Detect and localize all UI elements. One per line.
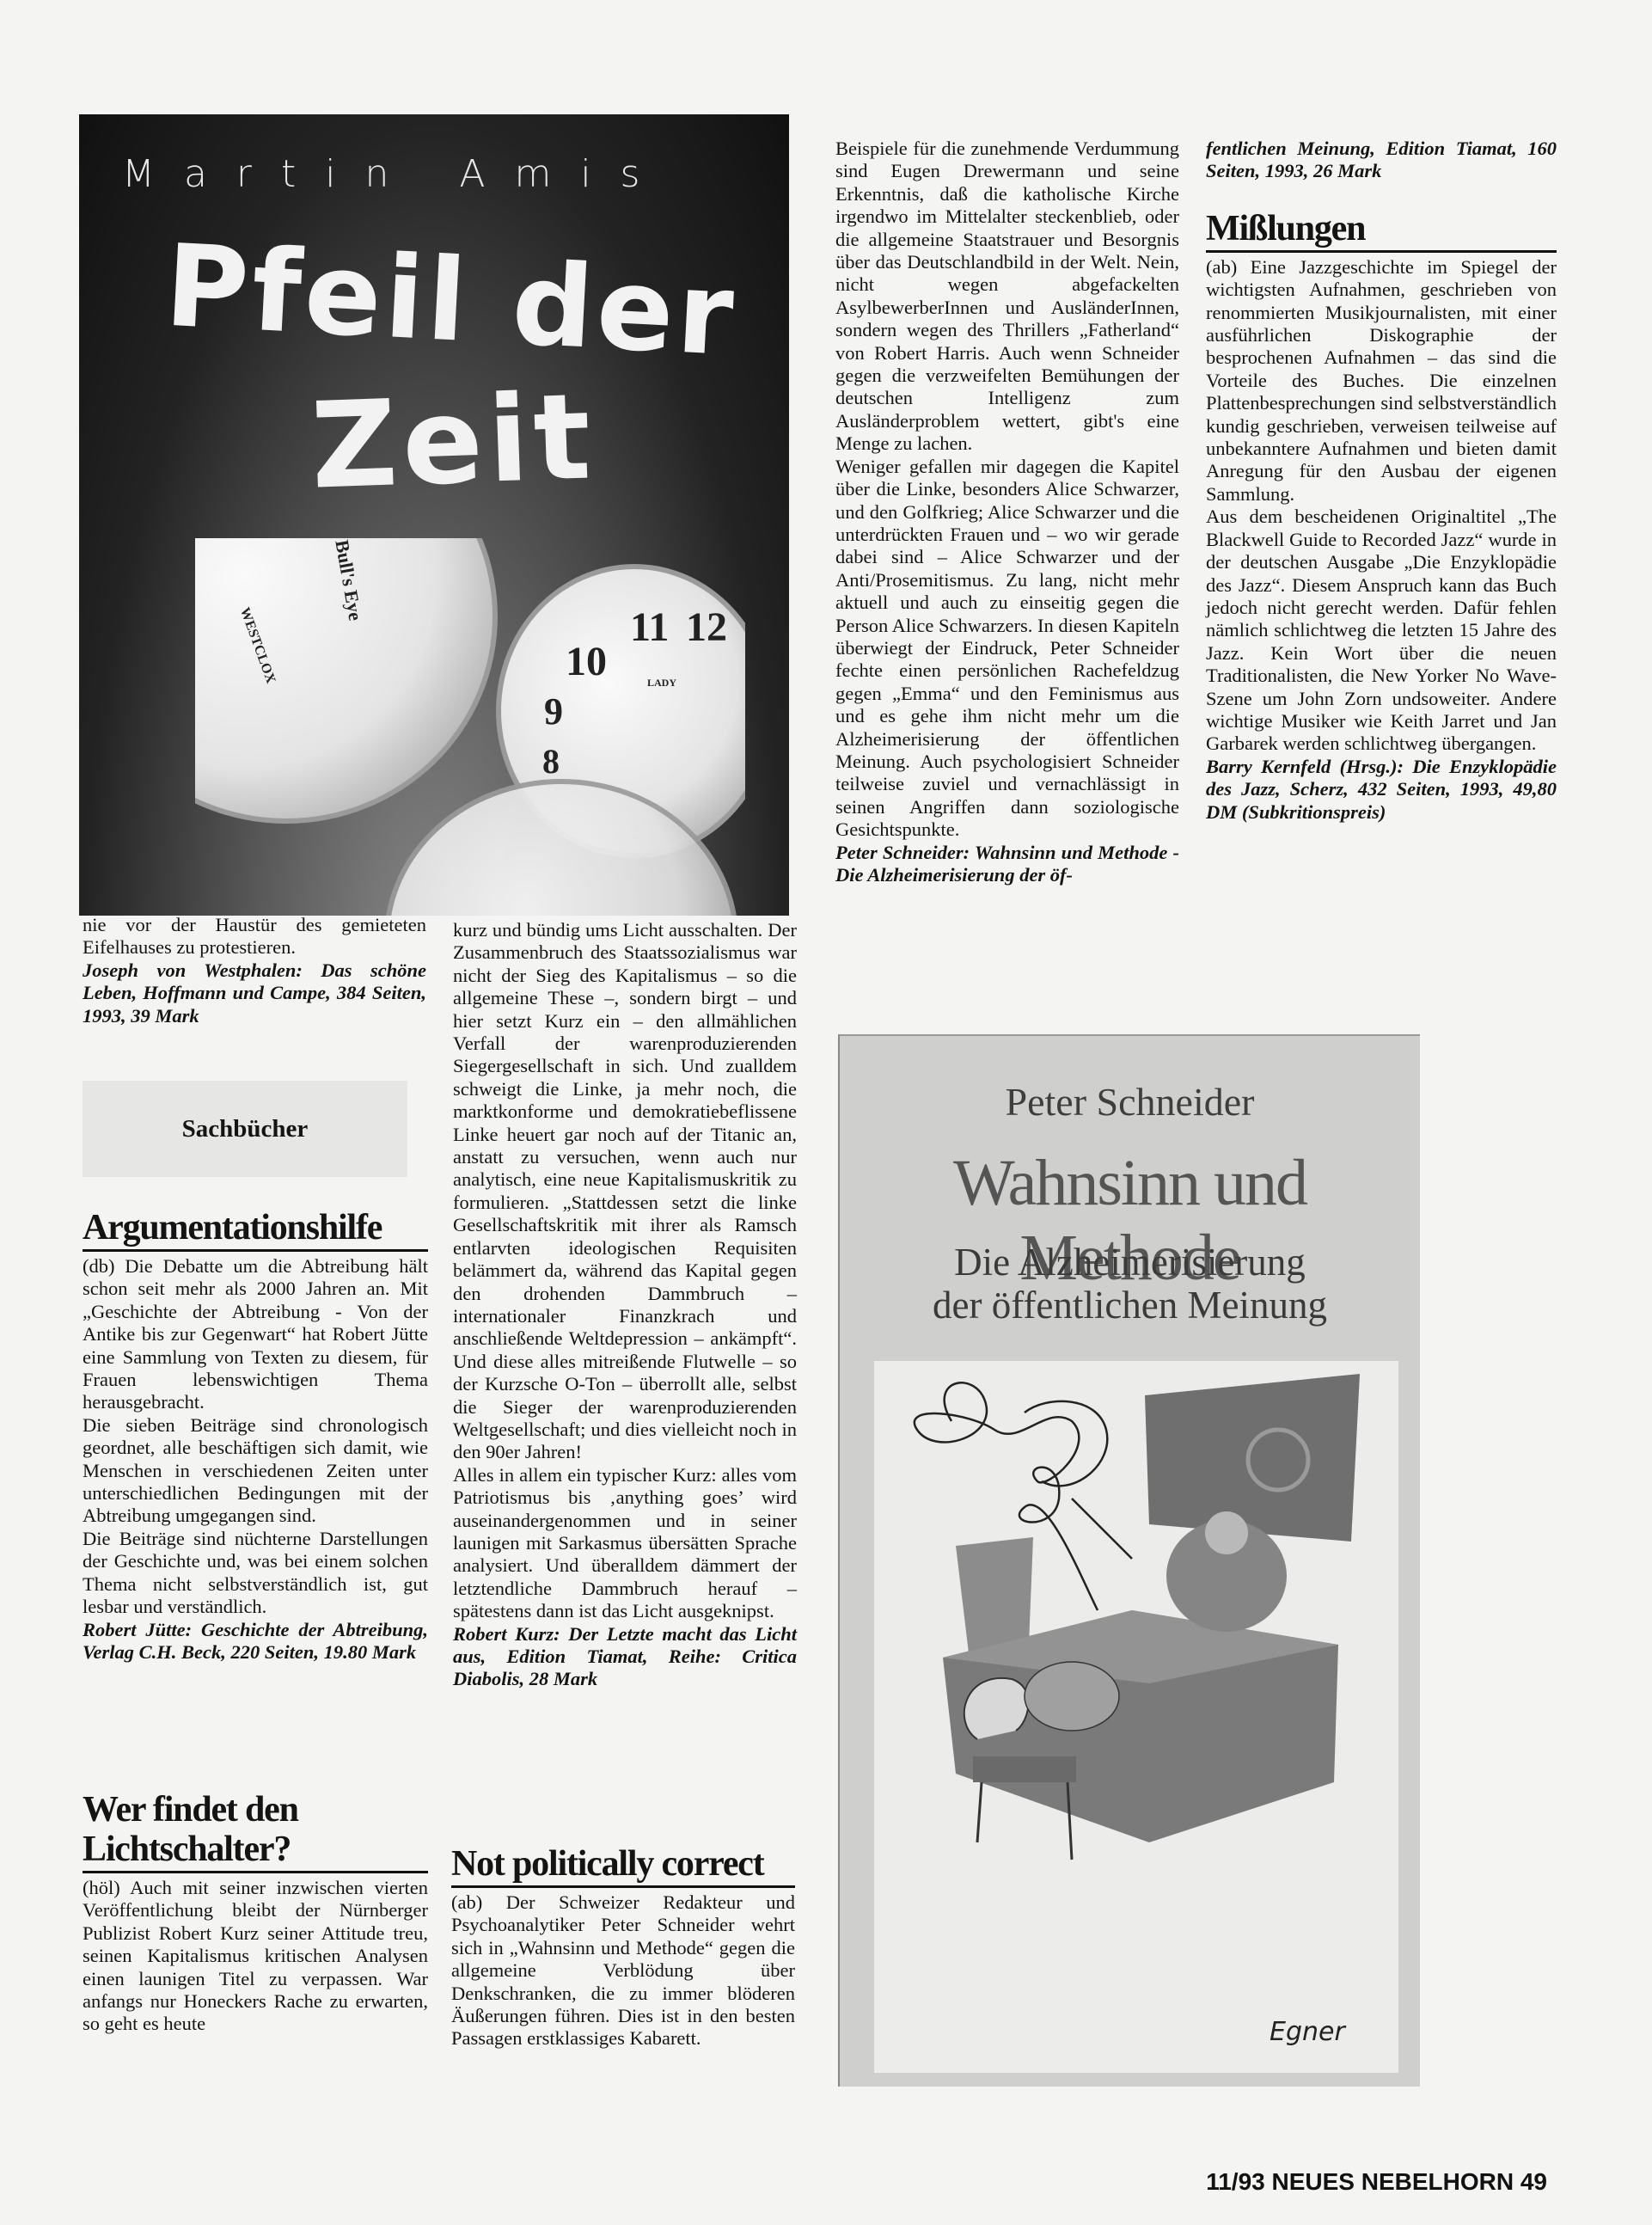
pocket-watches-photo: Bull's Eye WESTCLOX 11 12 10 9 8 LADY	[195, 538, 745, 916]
paragraph: (höl) Auch mit seiner inzwischen vierten…	[83, 1877, 428, 2036]
paragraph: Aus dem bescheidenen Originaltitel „The …	[1206, 506, 1557, 755]
cover-author: Martin Amis	[122, 152, 789, 196]
cover-title-line2: Zeit	[309, 367, 597, 515]
page-footer: 11/93 NEUES NEBELHORN 49	[1169, 2168, 1547, 2196]
issue-and-page-number: 11/93 NEUES NEBELHORN 49	[1206, 2168, 1547, 2195]
article-heading: Not politically correct	[451, 1844, 795, 1888]
paragraph: Beispiele für die zunehmende Verdummung …	[835, 138, 1179, 456]
paragraph: Alles in allem ein typischer Kurz: alles…	[453, 1464, 797, 1623]
article-heading-line2: Lichtschalter?	[83, 1830, 428, 1873]
book-citation: Barry Kernfeld (Hrsg.): Die Enzyklopädie…	[1206, 756, 1557, 824]
column-1-continuation: nie vor der Haustür des gemieteten Eifel…	[83, 914, 426, 1027]
paragraph: (db) Die Debatte um die Abtreibung hält …	[83, 1255, 428, 1414]
svg-text:Egner: Egner	[1270, 2017, 1346, 2047]
book-citation: fentlichen Meinung, Edition Tiamat, 160 …	[1206, 138, 1557, 183]
article-heading-line1: Wer findet den	[83, 1790, 428, 1830]
column-4: fentlichen Meinung, Edition Tiamat, 160 …	[1206, 138, 1557, 824]
book-citation: Robert Jütte: Geschichte der Abtreibung,…	[83, 1619, 428, 1664]
column-3-text: Beispiele für die zunehmende Verdummung …	[835, 138, 1179, 886]
clock-face-icon: Bull's Eye WESTCLOX	[195, 538, 498, 824]
article-heading: Argumentationshilfe	[83, 1208, 428, 1252]
article-argumentationshilfe: Argumentationshilfe (db) Die Debatte um …	[83, 1208, 428, 1664]
cover-subtitle: Die Alzheimerisierung der öffentlichen M…	[840, 1241, 1420, 1327]
paragraph: Die sieben Beiträge sind chronologisch g…	[83, 1414, 428, 1528]
section-banner-label: Sachbücher	[182, 1115, 309, 1143]
paragraph: kurz und bündig ums Licht ausschalten. D…	[453, 919, 797, 1464]
book-cover-pfeil-der-zeit: Martin Amis Pfeil der Zeit Bull's Eye WE…	[79, 114, 789, 916]
book-cover-wahnsinn-und-methode: Peter Schneider Wahnsinn und Methode Die…	[838, 1034, 1420, 2087]
book-citation: Peter Schneider: Wahnsinn und Methode - …	[835, 842, 1179, 887]
book-citation: Robert Kurz: Der Letzte macht das Licht …	[453, 1623, 797, 1691]
cartoon-illustration: Egner	[874, 1361, 1398, 2073]
paragraph: Weniger gefallen mir dagegen die Kapitel…	[835, 456, 1179, 842]
book-citation: Joseph von Westphalen: Das schöne Leben,…	[83, 959, 426, 1027]
column-2-text: kurz und bündig ums Licht ausschalten. D…	[453, 919, 797, 1691]
article-heading: Mißlungen	[1206, 209, 1557, 253]
cover-author: Peter Schneider	[840, 1079, 1420, 1125]
cartoon-desk-scene-icon: Egner	[874, 1361, 1398, 2073]
paragraph: (ab) Der Schweizer Redakteur und Psychoa…	[451, 1891, 795, 2050]
section-banner: Sachbücher	[83, 1081, 407, 1177]
article-lichtschalter: Wer findet den Lichtschalter? (höl) Auch…	[83, 1790, 428, 2036]
paragraph: (ab) Eine Jazzgeschichte im Spiegel der …	[1206, 256, 1557, 506]
paragraph: nie vor der Haustür des gemieteten Eifel…	[83, 914, 426, 959]
paragraph: Die Beiträge sind nüchterne Darstellunge…	[83, 1528, 428, 1619]
article-not-politically-correct: Not politically correct (ab) Der Schweiz…	[451, 1844, 795, 2050]
cover-title-line1: Pfeil der	[162, 220, 739, 383]
